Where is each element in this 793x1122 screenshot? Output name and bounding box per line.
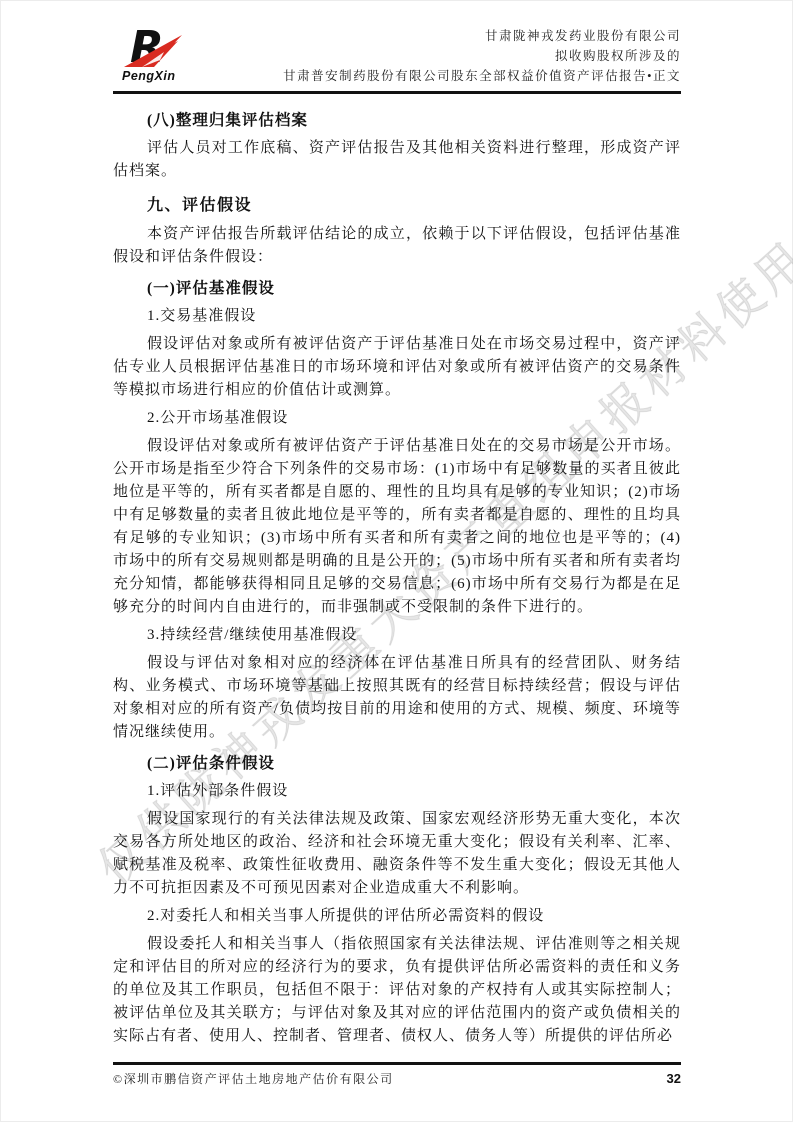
paragraph-going-concern: 假设与评估对象相对应的经济体在评估基准日所具有的经营团队、财务结构、业务模式、市… <box>113 652 681 744</box>
section-heading-basis: (一)评估基准假设 <box>113 277 681 300</box>
document-body: (八)整理归集评估档案 评估人员对工作底稿、资产评估报告及其他相关资料进行整理，… <box>113 101 681 1053</box>
section-heading-condition: (二)评估条件假设 <box>113 752 681 775</box>
chapter-heading-9: 九、评估假设 <box>113 194 681 217</box>
section-heading-8: (八)整理归集评估档案 <box>113 109 681 132</box>
page-header: R PengXin 甘肃陇神戎发药业股份有限公司 拟收购股权所涉及的 甘肃普安制… <box>113 20 681 88</box>
header-report-title: 甘肃陇神戎发药业股份有限公司 拟收购股权所涉及的 甘肃普安制药股份有限公司股东全… <box>283 26 681 86</box>
header-divider <box>113 91 681 94</box>
paragraph-transaction: 假设评估对象或所有被评估资产于评估基准日处在市场交易过程中，资产评估专业人员根据… <box>113 333 681 402</box>
paragraph-archive: 评估人员对工作底稿、资产评估报告及其他相关资料进行整理，形成资产评估档案。 <box>113 137 681 183</box>
pengxin-logo-icon: R PengXin <box>120 22 198 84</box>
page-number: 32 <box>667 1069 681 1089</box>
pengxin-logo: R PengXin <box>120 22 198 84</box>
footer-company: ©深圳市鹏信资产评估土地房地产估价有限公司 <box>113 1069 394 1089</box>
paragraph-client-data: 假设委托人和相关当事人（指依照国家有关法律法规、评估准则等之相关规定和评估目的所… <box>113 933 681 1048</box>
subheading-open-market: 2.公开市场基准假设 <box>113 407 681 430</box>
pengxin-wordmark: PengXin <box>122 69 176 83</box>
subheading-external: 1.评估外部条件假设 <box>113 780 681 803</box>
paragraph-open-market: 假设评估对象或所有被评估资产于评估基准日处在的交易市场是公开市场。公开市场是指至… <box>113 435 681 619</box>
subheading-client-data: 2.对委托人和相关当事人所提供的评估所必需资料的假设 <box>113 905 681 928</box>
paragraph-external: 假设国家现行的有关法律法规及政策、国家宏观经济形势无重大变化，本次交易各方所处地… <box>113 808 681 900</box>
header-line-2: 拟收购股权所涉及的 <box>283 46 681 66</box>
footer-divider <box>113 1062 681 1065</box>
page-footer: ©深圳市鹏信资产评估土地房地产估价有限公司 32 <box>113 1069 681 1099</box>
document-page: 仅供陇神戎发重大资产重组申报材料使用 R PengXin 甘肃陇神戎发药业股份有… <box>0 0 793 1122</box>
paragraph-intro: 本资产评估报告所载评估结论的成立，依赖于以下评估假设，包括评估基准假设和评估条件… <box>113 223 681 269</box>
header-line-3: 甘肃普安制药股份有限公司股东全部权益价值资产评估报告•正文 <box>283 66 681 86</box>
header-line-1: 甘肃陇神戎发药业股份有限公司 <box>283 26 681 46</box>
subheading-going-concern: 3.持续经营/继续使用基准假设 <box>113 624 681 647</box>
subheading-transaction: 1.交易基准假设 <box>113 305 681 328</box>
